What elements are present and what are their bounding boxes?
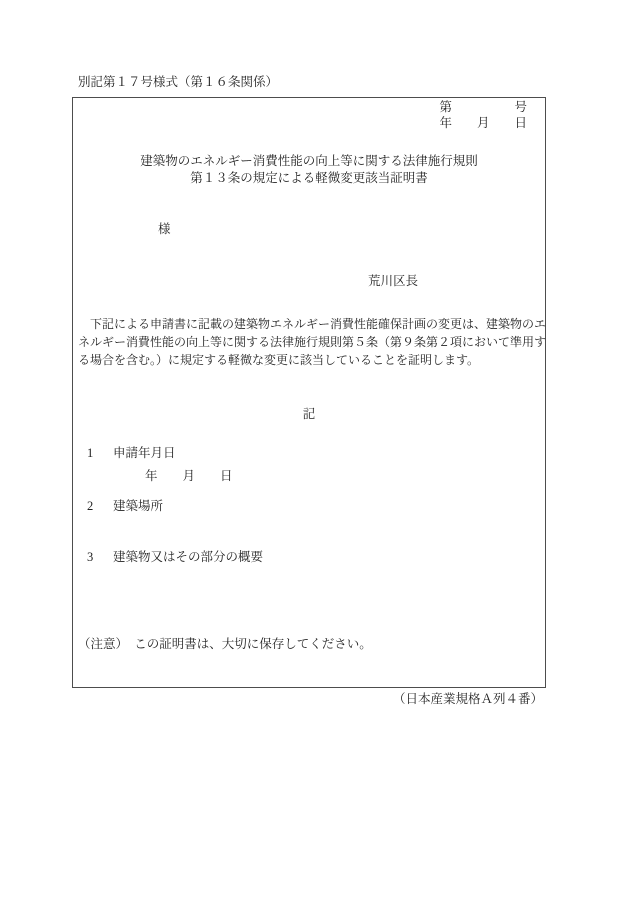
item-1-date-placeholder: 年 月 日 (145, 469, 233, 483)
body-line-2: ネルギー消費性能の向上等に関する法律施行規則第５条（第９条第２項において準用す (78, 333, 542, 351)
doc-number-line: 第 号 (439, 100, 527, 116)
body-line-3: る場合を含む。）に規定する軽微な変更に該当していることを証明します。 (78, 351, 542, 369)
paper-size-note: （日本産業規格Ａ列４番） (393, 692, 543, 706)
document-page: 別記第１７号様式（第１６条関係） 第 号 年 月 日 建築物のエネルギー消費性能… (0, 0, 630, 903)
item-number: 3 (87, 550, 93, 564)
certificate-box: 第 号 年 月 日 建築物のエネルギー消費性能の向上等に関する法律施行規則 第１… (72, 97, 546, 688)
title-line-1: 建築物のエネルギー消費性能の向上等に関する法律施行規則 (73, 153, 545, 170)
issuer-name: 荒川区長 (368, 274, 418, 288)
title-line-2: 第１３条の規定による軽微変更該当証明書 (73, 170, 545, 187)
item-label: 建築場所 (113, 499, 163, 513)
item-number: 1 (87, 446, 93, 460)
document-title: 建築物のエネルギー消費性能の向上等に関する法律施行規則 第１３条の規定による軽微… (73, 153, 545, 187)
item-number: 2 (87, 499, 93, 513)
body-paragraph: 下記による申請書に記載の建築物エネルギー消費性能確保計画の変更は、建築物のエ ネ… (78, 315, 542, 369)
body-line-1: 下記による申請書に記載の建築物エネルギー消費性能確保計画の変更は、建築物のエ (78, 315, 542, 333)
item-label: 申請年月日 (113, 446, 176, 460)
item-label: 建築物又はその部分の概要 (113, 550, 263, 564)
addressee-suffix: 様 (158, 222, 171, 236)
caution-note: （注意） この証明書は、大切に保存してください。 (78, 637, 372, 651)
doc-date-line: 年 月 日 (439, 116, 527, 132)
doc-number-block: 第 号 年 月 日 (439, 100, 527, 131)
record-heading: 記 (73, 407, 545, 421)
form-number-label: 別記第１７号様式（第１６条関係） (78, 75, 278, 89)
